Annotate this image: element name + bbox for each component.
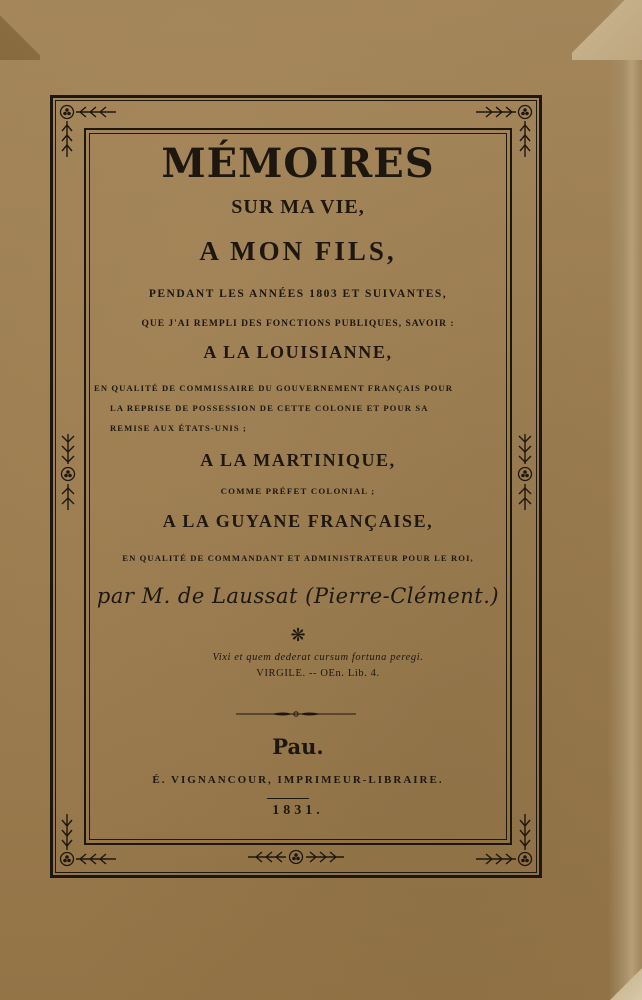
side-ornament-right-icon bbox=[515, 432, 535, 512]
corner-ornament-bottom-right-icon bbox=[474, 812, 534, 868]
corner-ornament-bottom-left-icon bbox=[58, 812, 118, 868]
text-line: EN QUALITÉ DE COMMISSAIRE DU GOUVERNEMEN… bbox=[94, 378, 504, 398]
imprint-year: 1831. bbox=[84, 803, 512, 819]
text-line: LA REPRISE DE POSSESSION DE CETTE COLONI… bbox=[94, 398, 504, 418]
folded-corner-top-left bbox=[0, 0, 40, 60]
imprint-printer: É. VIGNANCOUR, IMPRIMEUR-LIBRAIRE. bbox=[84, 774, 512, 786]
intro-line: QUE J'AI REMPLI DES FONCTIONS PUBLIQUES,… bbox=[84, 319, 512, 329]
torn-corner-bottom-right bbox=[592, 960, 642, 1000]
subtitle-sur-ma-vie: SUR MA VIE, bbox=[84, 196, 512, 219]
section-heading-louisianne: A LA LOUISIANNE, bbox=[84, 342, 512, 363]
imprint-city: Pau. bbox=[84, 734, 512, 759]
bottom-center-ornament-icon bbox=[246, 848, 346, 866]
section-heading-guyane: A LA GUYANE FRANÇAISE, bbox=[84, 511, 512, 532]
side-ornament-left-icon bbox=[58, 432, 78, 512]
author-line: par M. de Laussat (Pierre-Clément.) bbox=[84, 584, 512, 608]
main-title: MÉMOIRES bbox=[84, 140, 512, 187]
epigraph-quote: Vixi et quem dederat cursum fortuna pere… bbox=[124, 652, 512, 663]
section-text-guyane: EN QUALITÉ DE COMMANDANT ET ADMINISTRATE… bbox=[84, 553, 512, 563]
decorative-rule-icon bbox=[236, 709, 356, 719]
period-line: PENDANT LES ANNÉES 1803 ET SUIVANTES, bbox=[84, 288, 512, 300]
fleuron-ornament-icon: ❋ bbox=[84, 625, 512, 646]
section-text-martinique: COMME PRÉFET COLONIAL ; bbox=[84, 486, 512, 496]
section-text-louisianne: EN QUALITÉ DE COMMISSAIRE DU GOUVERNEMEN… bbox=[94, 378, 504, 438]
paper-edge-right bbox=[608, 0, 642, 1000]
book-cover: MÉMOIRES SUR MA VIE, A MON FILS, PENDANT… bbox=[0, 0, 642, 1000]
text-line: REMISE AUX ÉTATS-UNIS ; bbox=[94, 418, 504, 438]
subtitle-a-mon-fils: A MON FILS, bbox=[84, 236, 512, 267]
short-rule-divider bbox=[267, 798, 309, 799]
torn-corner-top-right bbox=[572, 0, 642, 60]
section-heading-martinique: A LA MARTINIQUE, bbox=[84, 450, 512, 471]
epigraph-attribution: VIRGILE. -- OEn. Lib. 4. bbox=[124, 668, 512, 679]
